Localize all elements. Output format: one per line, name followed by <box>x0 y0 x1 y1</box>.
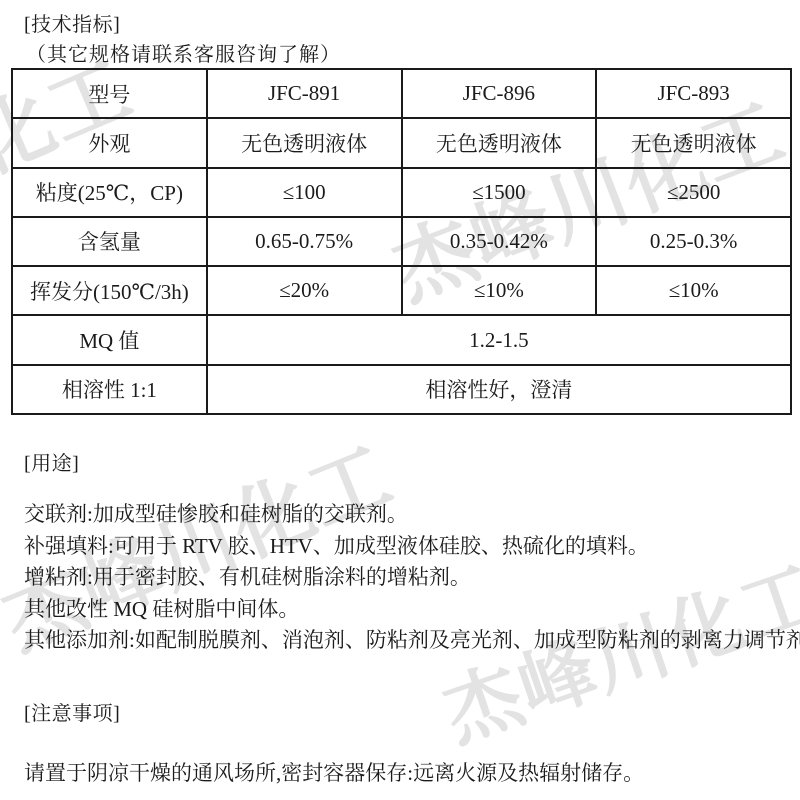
usage-section-title: [用途] <box>24 447 79 476</box>
usage-line: 交联剂:加成型硅惨胶和硅树脂的交联剂。 <box>24 499 800 531</box>
value-cell: 1.2-1.5 <box>207 315 791 364</box>
row-label-cell: 含氢量 <box>12 217 207 266</box>
row-label-cell: 挥发分(150℃/3h) <box>12 266 207 315</box>
tech-specs-section-title: [技术指标] <box>24 8 120 37</box>
value-cell: 0.25-0.3% <box>596 217 791 266</box>
row-label-cell: 外观 <box>12 118 207 167</box>
table-row: 粘度(25℃，CP)≤100≤1500≤2500 <box>12 168 791 217</box>
value-cell: ≤100 <box>207 168 402 217</box>
table-row: 含氢量0.65-0.75%0.35-0.42%0.25-0.3% <box>12 217 791 266</box>
table-header-row: 型号JFC-891JFC-896JFC-893 <box>12 69 791 118</box>
value-cell: ≤2500 <box>596 168 791 217</box>
value-cell: 0.35-0.42% <box>402 217 597 266</box>
document-page: [技术指标] （其它规格请联系客服咨询了解） 型号JFC-891JFC-896J… <box>0 0 800 800</box>
usage-lines: 交联剂:加成型硅惨胶和硅树脂的交联剂。补强填料:可用于 RTV 胶、HTV、加成… <box>24 499 800 657</box>
value-cell: 相溶性好，澄清 <box>207 365 791 414</box>
usage-line: 其他添加剂:如配制脱膜剂、消泡剂、防粘剂及亮光剂、加成型防粘剂的剥离力调节剂 <box>24 625 800 657</box>
value-cell: ≤20% <box>207 266 402 315</box>
table-row: 相溶性 1:1相溶性好，澄清 <box>12 365 791 414</box>
storage-instruction: 请置于阴凉干燥的通风场所,密封容器保存:远离火源及热辐射储存。 <box>24 757 644 787</box>
precautions-section-title: [注意事项] <box>24 697 120 726</box>
value-cell: 无色透明液体 <box>596 118 791 167</box>
value-cell: ≤10% <box>596 266 791 315</box>
row-label-cell: 粘度(25℃，CP) <box>12 168 207 217</box>
value-cell: 无色透明液体 <box>402 118 597 167</box>
usage-line: 补强填料:可用于 RTV 胶、HTV、加成型液体硅胶、热硫化的填料。 <box>24 531 800 563</box>
value-cell: 0.65-0.75% <box>207 217 402 266</box>
table-row: 外观无色透明液体无色透明液体无色透明液体 <box>12 118 791 167</box>
value-cell: 无色透明液体 <box>207 118 402 167</box>
usage-line: 其他改性 MQ 硅树脂中间体。 <box>24 594 800 626</box>
model-name-cell: JFC-896 <box>402 69 597 118</box>
table-row: 挥发分(150℃/3h)≤20%≤10%≤10% <box>12 266 791 315</box>
row-label-cell: 相溶性 1:1 <box>12 365 207 414</box>
model-column-label: 型号 <box>12 69 207 118</box>
table-row: MQ 值1.2-1.5 <box>12 315 791 364</box>
value-cell: ≤1500 <box>402 168 597 217</box>
model-name-cell: JFC-891 <box>207 69 402 118</box>
row-label-cell: MQ 值 <box>12 315 207 364</box>
contact-service-note: （其它规格请联系客服咨询了解） <box>26 38 341 67</box>
usage-line: 增粘剂:用于密封胶、有机硅树脂涂料的增粘剂。 <box>24 562 800 594</box>
model-name-cell: JFC-893 <box>596 69 791 118</box>
spec-table: 型号JFC-891JFC-896JFC-893外观无色透明液体无色透明液体无色透… <box>11 68 792 415</box>
spec-table-body: 型号JFC-891JFC-896JFC-893外观无色透明液体无色透明液体无色透… <box>12 69 791 414</box>
value-cell: ≤10% <box>402 266 597 315</box>
